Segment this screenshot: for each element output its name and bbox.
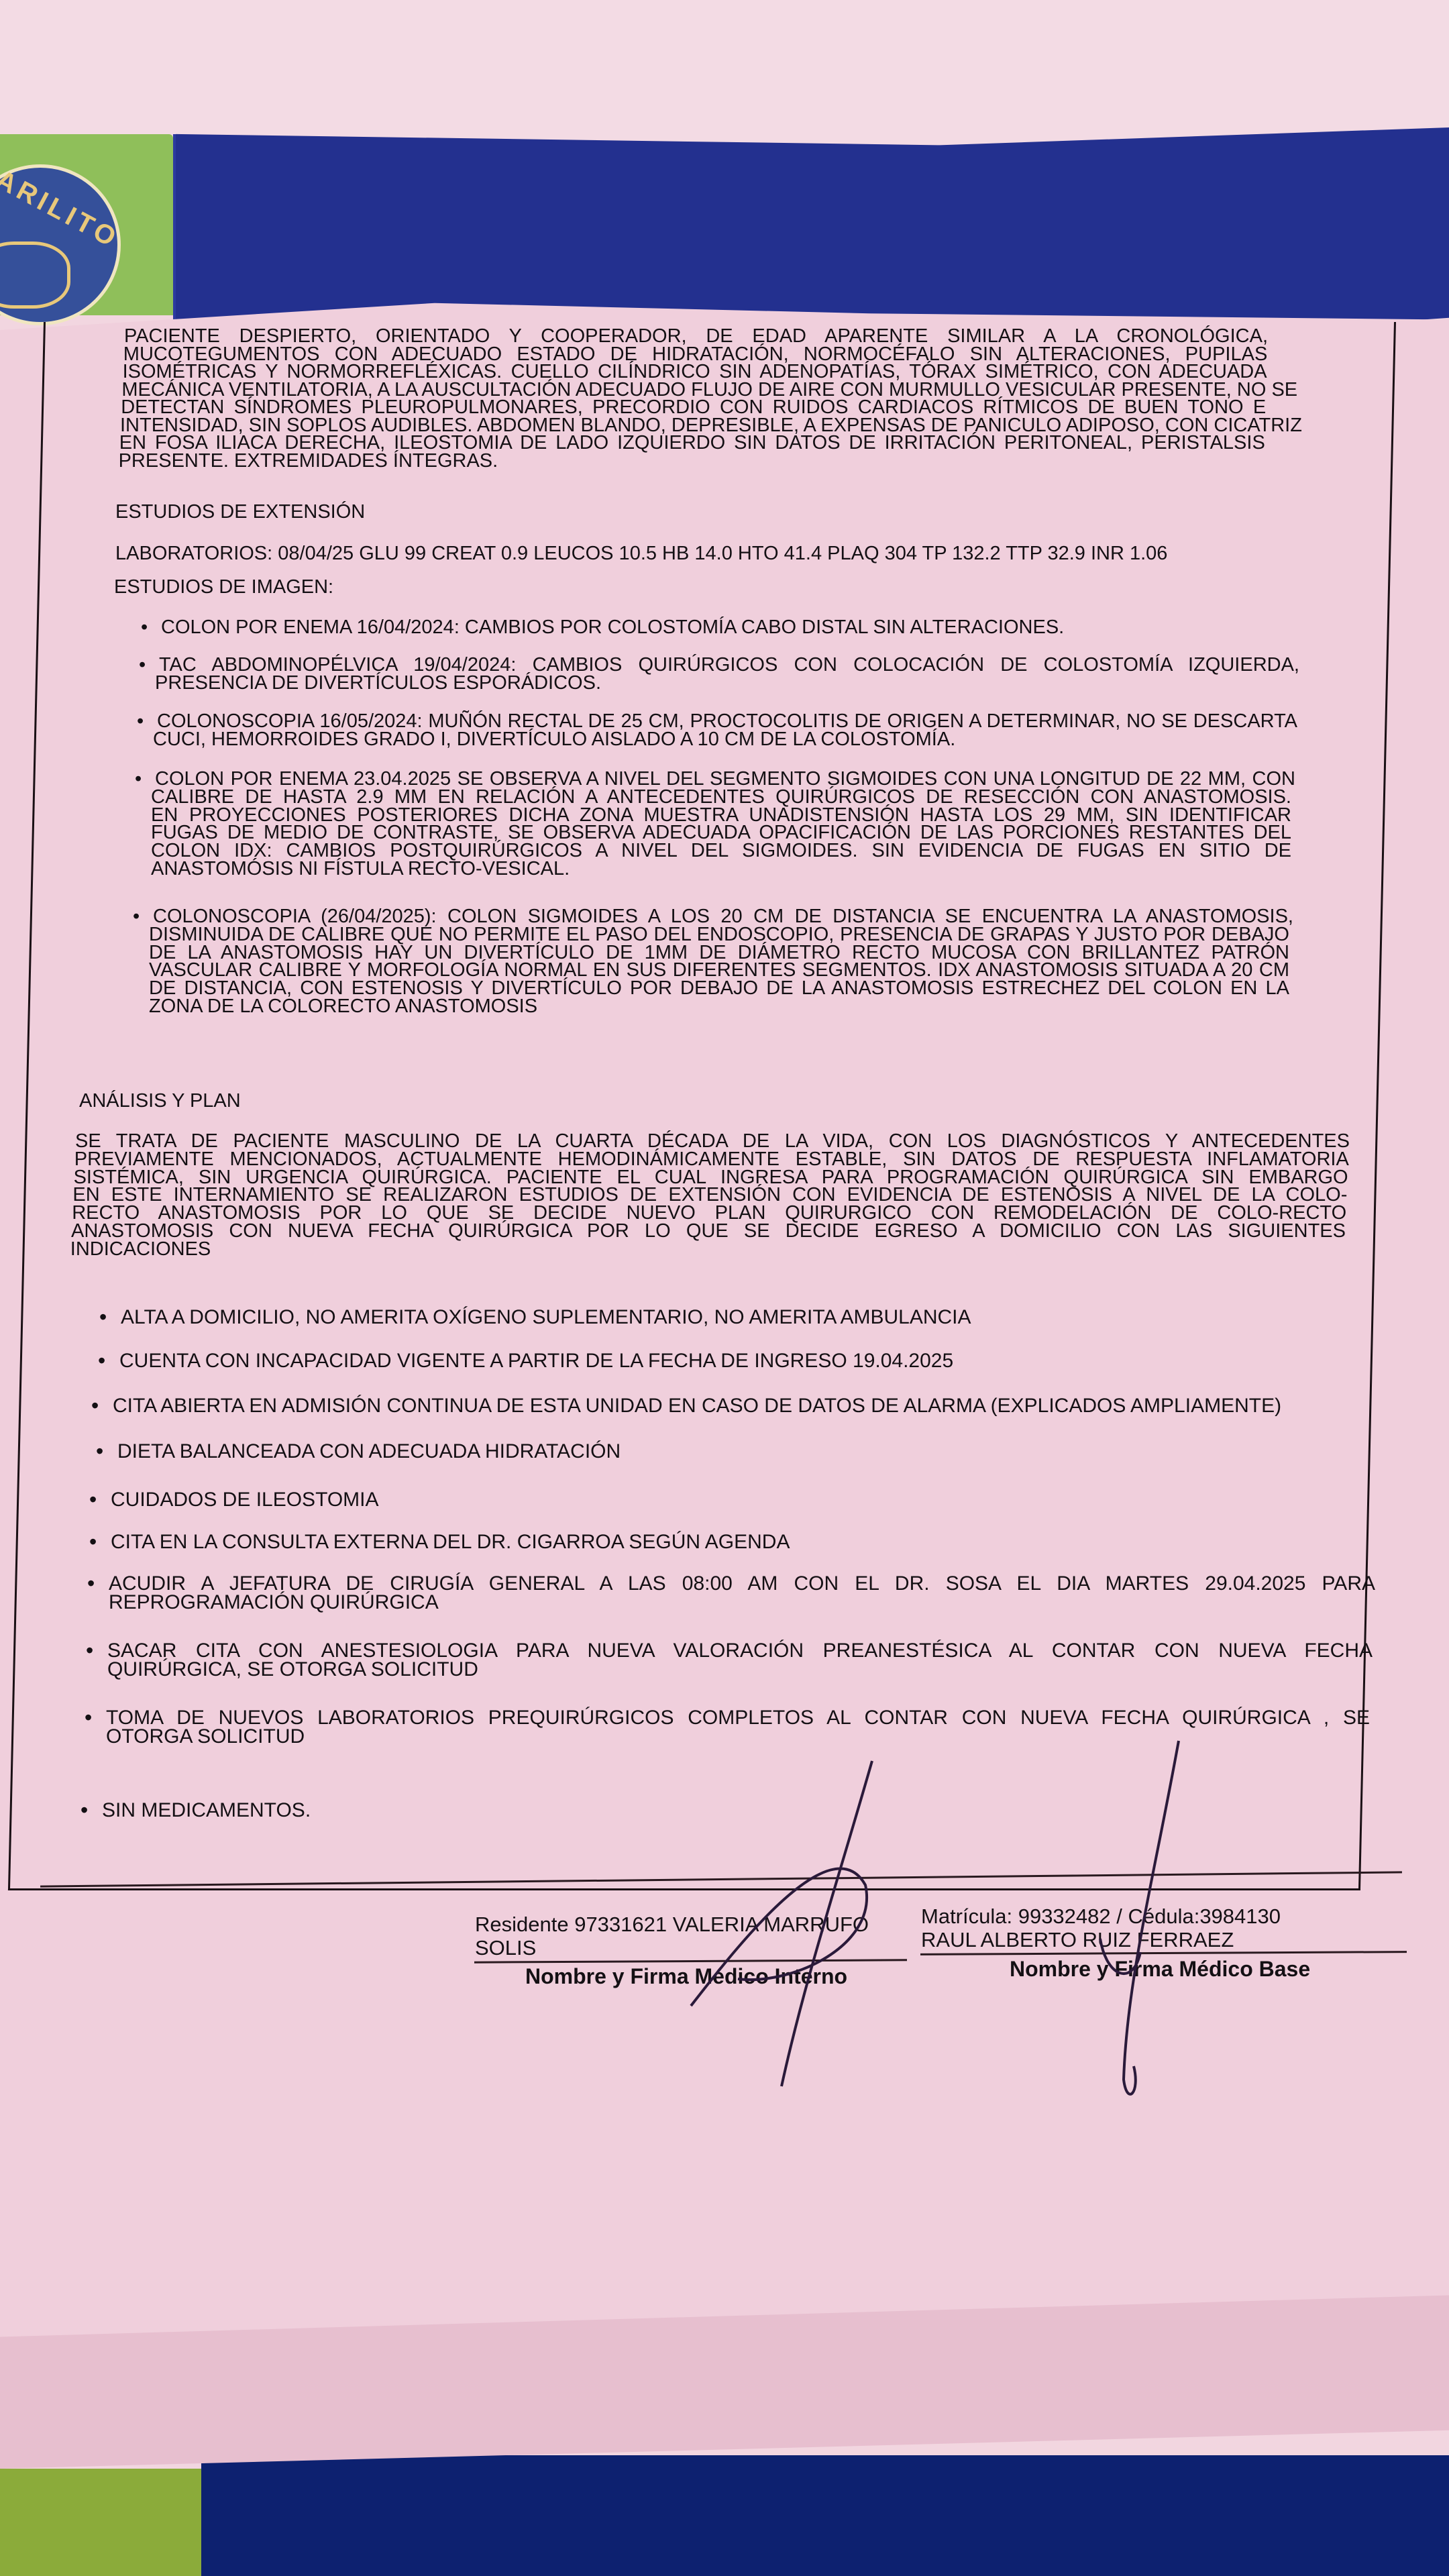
intern-name-line1: Residente 97331621 VALERIA MARRUFO (475, 1915, 869, 1933)
bullet-icon: • (135, 770, 142, 788)
discharge-instruction: DIETA BALANCEADA CON ADECUADA HIDRATACIÓ… (117, 1442, 621, 1460)
bullet-icon: • (89, 1533, 97, 1551)
discharge-instruction: SIN MEDICAMENTOS. (102, 1801, 311, 1819)
bullet-icon: • (99, 1308, 107, 1326)
imaging-study-line: COLON POR ENEMA 23.04.2025 SE OBSERVA A … (155, 770, 1295, 788)
discharge-instruction: CITA ABIERTA EN ADMISIÓN CONTINUA DE EST… (113, 1397, 1281, 1415)
bullet-icon: • (80, 1801, 88, 1819)
bullet-icon: • (96, 1442, 103, 1460)
discharge-instruction: SACAR CITA CON ANESTESIOLOGIA PARA NUEVA… (107, 1642, 1373, 1660)
imaging-study-line: ZONA DE LA COLORECTO ANASTOMOSIS (149, 998, 537, 1016)
barrel-icon (0, 241, 70, 309)
bullet-icon: • (91, 1397, 99, 1415)
bullet-icon: • (89, 1491, 97, 1509)
discharge-instruction: OTORGA SOLICITUD (106, 1727, 305, 1746)
physical-exam-line: EN FOSA ILIACA DERECHA, ILEOSTOMIA DE LA… (119, 434, 1265, 452)
analysis-line: INDICACIONES (70, 1240, 211, 1258)
analysis-line: ANASTOMOSIS CON NUEVA FECHA QUIRÚRGICA P… (71, 1222, 1346, 1240)
intern-name-line2: SOLIS (475, 1939, 536, 1957)
bullet-icon: • (87, 1574, 95, 1593)
bullet-icon: • (86, 1642, 93, 1660)
discharge-instruction: CUENTA CON INCAPACIDAD VIGENTE A PARTIR … (119, 1352, 953, 1370)
discharge-instruction: CITA EN LA CONSULTA EXTERNA DEL DR. CIGA… (111, 1533, 790, 1551)
intern-signature-label: Nombre y Firma Médico Interno (525, 1964, 847, 1989)
bullet-icon: • (98, 1352, 105, 1370)
analysis-line: PREVIAMENTE MENCIONADOS, ACTUALMENTE HEM… (74, 1150, 1349, 1169)
discharge-instruction: TOMA DE NUEVOS LABORATORIOS PREQUIRÚRGIC… (106, 1709, 1370, 1727)
physical-exam-line: ISOMÉTRICAS Y NORMORREFLÉXICAS. CUELLO C… (123, 363, 1267, 381)
base-signature-label: Nombre y Firma Médico Base (1010, 1957, 1310, 1982)
bullet-icon: • (133, 908, 140, 926)
imaging-study-line: DISMINUIDA DE CALIBRE QUE NO PERMITE EL … (149, 926, 1289, 944)
blue-folder-bottom (201, 2455, 1449, 2576)
section-heading-analysis: ANÁLISIS Y PLAN (79, 1092, 241, 1110)
discharge-instruction: REPROGRAMACIÓN QUIRÚRGICA (109, 1593, 439, 1611)
physical-exam-line: PACIENTE DESPIERTO, ORIENTADO Y COOPERAD… (124, 327, 1268, 345)
imaging-study-line: ANASTOMÓSIS NI FÍSTULA RECTO-VESICAL. (151, 860, 570, 878)
discharge-instruction: QUIRÚRGICA, SE OTORGA SOLICITUD (107, 1660, 478, 1678)
imaging-study-line: CUCI, HEMORROIDES GRADO I, DIVERTÍCULO A… (153, 731, 955, 749)
base-id-line: Matrícula: 99332482 / Cédula:3984130 (921, 1907, 1281, 1925)
analysis-line: SE TRATA DE PACIENTE MASCULINO DE LA CUA… (75, 1132, 1350, 1150)
physical-exam-line: PRESENTE. EXTREMIDADES ÍNTEGRAS. (119, 452, 498, 470)
lab-results: LABORATORIOS: 08/04/25 GLU 99 CREAT 0.9 … (115, 545, 1167, 563)
imaging-study-line: CALIBRE DE HASTA 2.9 MM EN RELACIÓN A AN… (151, 788, 1291, 806)
discharge-instruction: ALTA A DOMICILIO, NO AMERITA OXÍGENO SUP… (121, 1308, 971, 1326)
imaging-study-line: COLONOSCOPIA (26/04/2025): COLON SIGMOID… (153, 908, 1293, 926)
physical-exam-line: DETECTAN SÍNDROMES PLEUROPULMONARES, PRE… (121, 398, 1266, 417)
discharge-instruction: CUIDADOS DE ILEOSTOMIA (111, 1491, 379, 1509)
discharge-instruction: ACUDIR A JEFATURA DE CIRUGÍA GENERAL A L… (109, 1574, 1375, 1593)
imaging-study-line: TAC ABDOMINOPÉLVICA 19/04/2024: CAMBIOS … (159, 656, 1299, 674)
imaging-study-line: COLONOSCOPIA 16/05/2024: MUÑÓN RECTAL DE… (157, 712, 1297, 731)
section-heading-extension: ESTUDIOS DE EXTENSIÓN (115, 503, 365, 521)
imaging-study-line: COLON POR ENEMA 16/04/2024: CAMBIOS POR … (161, 619, 1064, 637)
bullet-icon: • (139, 656, 146, 674)
bullet-icon: • (85, 1709, 92, 1727)
green-folder-bottom (0, 2469, 201, 2576)
imaging-study-line: PRESENCIA DE DIVERTÍCULOS ESPORÁDICOS. (155, 674, 601, 692)
base-name-line: RAUL ALBERTO RUIZ FERRAEZ (921, 1931, 1234, 1949)
bullet-icon: • (137, 712, 144, 731)
section-heading-imaging: ESTUDIOS DE IMAGEN: (114, 578, 333, 596)
bullet-icon: • (141, 619, 148, 637)
